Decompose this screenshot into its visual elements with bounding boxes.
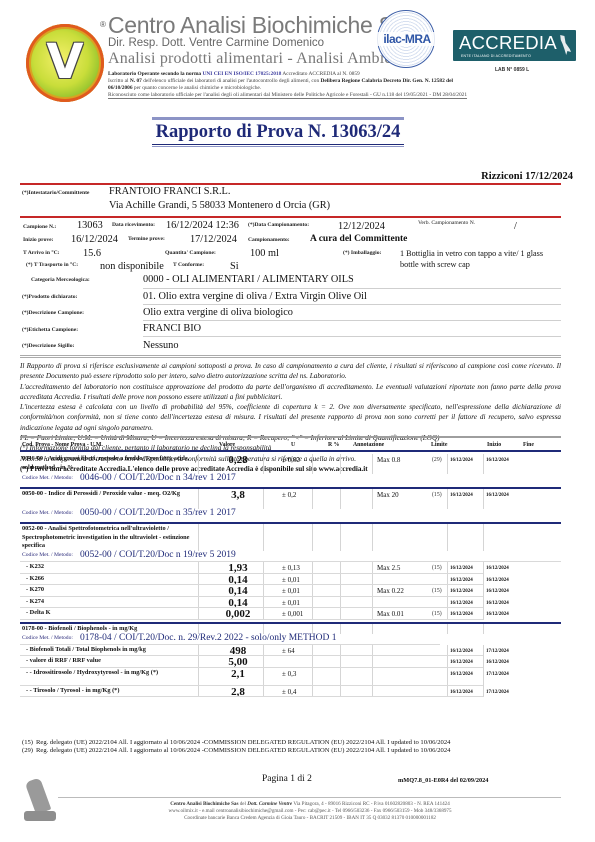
column-separator (483, 624, 484, 634)
table-header: Cod. Prova - Nome Prova - U.M. Valore U … (20, 436, 561, 452)
column-separator (447, 489, 448, 509)
test-name: 0046-00 - Acidi grassi liberi, metodo a … (22, 455, 194, 472)
footer-contacts: www.oilmix.it - e.mail centroanalisibioc… (60, 808, 560, 815)
divider (20, 216, 561, 218)
test-name: 0052-00 - Analisi Spettrofotometrica nel… (22, 525, 197, 551)
column-separator (483, 489, 484, 509)
subtest-name: - Delta K (26, 609, 198, 618)
test-end-date: 16/12/2024 (486, 458, 509, 463)
seal-description: Nessuno (143, 340, 178, 351)
footer-company: Centro Analisi Biochimiche Sas (170, 801, 238, 807)
test-end-date: 16/12/2024 (486, 660, 509, 665)
result-uncertainty: ± 0,01 (282, 576, 300, 584)
divider (58, 797, 561, 798)
sampling-date-label: (*)Data Campionamento: (248, 222, 309, 228)
column-separator (198, 668, 199, 686)
test-start-date: 16/12/2024 (450, 660, 473, 665)
col-r: R % (328, 442, 339, 448)
received-date-label: Data ricevimento: (112, 222, 155, 228)
column-separator (483, 686, 484, 698)
result-uncertainty: ± 64 (282, 647, 295, 655)
column-separator (312, 668, 313, 686)
subtest-name: - K270 (26, 586, 198, 595)
limit-reference: (15) (432, 611, 442, 617)
method-value: 0052-00 / COI/T.20/Doc n 19/rev 5 2019 (80, 550, 236, 560)
result-uncertainty: ± 0,02 (282, 456, 300, 464)
accr-line-2c: dell'elenco ufficiale dei laboratori di … (143, 78, 319, 84)
footer-bank: Coordinate bancarie Banca Credem Agenzia… (60, 815, 560, 822)
column-separator (340, 489, 341, 509)
note-key: (29) (22, 747, 36, 755)
accr-line-2d: Delibera Regione Calabria Decreto Dir. G… (321, 78, 454, 84)
note-text: Reg. delegato (UE) 2022/2104 All. I aggi… (36, 739, 450, 747)
test-start-date: 16/12/2024 (450, 458, 473, 463)
column-separator (263, 668, 264, 686)
column-separator (483, 668, 484, 686)
test-end-date: 16/12/2024 (486, 601, 509, 606)
subtest-name: - valore di RRF / RRF value (26, 657, 198, 666)
place-date: Rizziconi 17/12/2024 (481, 171, 573, 182)
test-end-date: 16/12/2024 (486, 578, 509, 583)
report-title-block: Rapporto di Prova N. 13063/24 (152, 117, 404, 147)
column-separator (372, 668, 373, 686)
note-key: (15) (22, 739, 36, 747)
col-inizio: Inizio (487, 442, 501, 448)
group-divider (20, 522, 561, 524)
accredia-logo: ACCREDIA ENTE ITALIANO DI ACCREDITAMENTO (453, 30, 576, 61)
client-address: Via Achille Grandi, 5 58033 Montenero d … (109, 200, 330, 211)
lab-logo: V (26, 24, 104, 102)
result-uncertainty: ± 0,3 (282, 670, 296, 678)
limit-reference: (29) (432, 457, 442, 463)
column-separator (263, 489, 264, 509)
test-name: 0050-00 - Indice di Perossidi / Peroxide… (22, 490, 194, 499)
column-separator (447, 524, 448, 551)
ilac-mra-logo: ilac-MRA (377, 10, 435, 68)
transport-temp-label: (*) T Trasporto in °C: (26, 262, 78, 268)
arrival-temp: 15.6 (83, 248, 101, 259)
column-separator (340, 624, 341, 634)
end-tests-label: Termine prove: (128, 236, 165, 242)
test-end-date: 16/12/2024 (486, 566, 509, 571)
subtest-name: - K266 (26, 575, 198, 584)
accredia-sub: ENTE ITALIANO DI ACCREDITAMENTO (461, 54, 531, 58)
seal-description-label: (*)Descrizione Sigillo: (22, 343, 74, 349)
arrival-temp-label: T Arrivo in °C: (23, 250, 59, 256)
declared-product: 01. Olio extra vergine di oliva / Extra … (143, 291, 367, 302)
test-start-date: 16/12/2024 (450, 589, 473, 594)
method-label: Codice Met. / Metodo: (22, 475, 73, 481)
subtest-name: - - Idrossitirosolo / Hydroxytyrosol - i… (26, 669, 198, 678)
packaging: 1 Bottiglia in vetro con tappo a vite/ 1… (400, 248, 560, 270)
quantity: 100 ml (250, 248, 279, 259)
client-name: FRANTOIO FRANCI S.R.L. (109, 186, 230, 197)
test-end-date: 16/12/2024 (486, 589, 509, 594)
end-tests: 17/12/2024 (190, 234, 237, 245)
sampling-report-label: Verb. Campionamento N. (418, 220, 475, 226)
column-separator (372, 489, 373, 509)
footer-del: del (240, 801, 246, 807)
page-number: Pagina 1 di 2 (262, 774, 312, 784)
column-separator (483, 524, 484, 551)
divider (20, 183, 561, 185)
column-separator (483, 597, 484, 609)
column-separator (483, 656, 484, 668)
sample-number: 13063 (77, 220, 103, 231)
column-separator (483, 645, 484, 657)
test-start-date: 16/12/2024 (450, 578, 473, 583)
test-end-date: 17/12/2024 (486, 690, 509, 695)
result-uncertainty: ± 0,13 (282, 564, 300, 572)
test-start-date: 16/12/2024 (450, 612, 473, 617)
result-limit: Max 0.01 (377, 610, 404, 618)
sampling-report-number: / (514, 221, 517, 232)
method-label: Codice Met. / Metodo: (22, 510, 73, 516)
ilac-label: ilac-MRA (372, 32, 442, 46)
result-limit: Max 2.5 (377, 564, 400, 572)
test-start-date: 16/12/2024 (450, 672, 473, 677)
group-divider (20, 622, 561, 624)
test-end-date: 17/12/2024 (486, 649, 509, 654)
accr-line-2b: N. 07 (130, 78, 142, 84)
test-start-date: 16/12/2024 (450, 649, 473, 654)
result-uncertainty: ± 0,2 (282, 491, 296, 499)
received-date: 16/12/2024 12:36 (166, 220, 239, 231)
column-separator (198, 524, 199, 551)
row-divider (20, 561, 561, 562)
note-item: (29)Reg. delegato (UE) 2022/2104 All. I … (22, 747, 552, 755)
column-separator (447, 668, 448, 686)
result-uncertainty: ± 0,001 (282, 610, 303, 618)
transport-temp: non disponibile (100, 261, 164, 272)
limit-reference: (15) (432, 588, 442, 594)
lab-name: Centro Analisi Biochimiche Sas (108, 12, 417, 39)
test-end-date: 17/12/2024 (486, 672, 509, 677)
caduceus-v-icon: V (26, 34, 104, 90)
sampling-date: 12/12/2024 (338, 221, 385, 232)
start-tests: 16/12/2024 (71, 234, 118, 245)
result-value: 0,28 (213, 454, 263, 466)
column-separator (340, 454, 341, 474)
result-limit: Max 0.22 (377, 587, 404, 595)
column-separator (340, 524, 341, 551)
accr-line-3a: 06/10/2006 (108, 85, 133, 91)
footer-address: Via Pitagora, 4 - 89016 Rizziconi RC - P… (293, 801, 449, 807)
subtest-name: - Biofenoli Totali / Total Biophenols in… (26, 646, 198, 655)
result-limit: Max 20 (377, 491, 399, 499)
col-valore: Valore (219, 442, 235, 448)
column-separator (312, 489, 313, 509)
sampling-method: A cura del Committente (310, 234, 407, 244)
test-start-date: 16/12/2024 (450, 690, 473, 695)
col-fine: Fine (523, 442, 534, 448)
category: 0000 - OLI ALIMENTARI / ALIMENTARY OILS (143, 274, 354, 285)
accr-line-3b: per quanto concerne le analisi chimiche … (134, 85, 261, 91)
column-separator (372, 624, 373, 634)
column-separator (483, 574, 484, 586)
registered-mark: ® (100, 20, 106, 29)
method-value: 0050-00 / COI/T.20/Doc n 35/rev 1 2017 (80, 508, 236, 518)
regulation-notes: (15)Reg. delegato (UE) 2022/2104 All. I … (22, 739, 552, 755)
col-annotazione: Annotazione (353, 442, 384, 448)
accr-line-1a: Laboratorio Operante secondo la norma (108, 71, 201, 77)
column-separator (483, 454, 484, 474)
column-separator (447, 454, 448, 474)
method-value: 0178-04 / COI/T.20/Doc. n. 29/Rev.2 2022… (80, 633, 336, 643)
sampling-label: Campionamento: (248, 237, 290, 243)
accr-line-2a: Iscritto al (108, 78, 129, 84)
result-uncertainty: ± 0,4 (282, 688, 296, 696)
method-label: Codice Met. / Metodo: (22, 635, 73, 641)
sample-number-label: Campione N.: (23, 224, 56, 230)
lab-director: Dir. Resp. Dott. Ventre Carmine Domenico (108, 37, 324, 49)
footer: Centro Analisi Biochimiche Sas del Dott.… (60, 801, 560, 821)
client-label: (*)Intestatario/Committente (22, 190, 89, 196)
test-start-date: 16/12/2024 (450, 493, 473, 498)
declared-product-label: (*)Prodotto dichiarato: (22, 294, 77, 300)
accr-line-1b: UNI CEI EN ISO/IEC 17025:2018 (203, 71, 282, 77)
sample-description: Olio extra vergine di oliva biologico (143, 307, 293, 318)
test-start-date: 16/12/2024 (450, 566, 473, 571)
accredia-label: ACCREDIA (459, 32, 557, 54)
disclaimer-p3: L'incertezza estesa è calcolata con un l… (20, 402, 561, 433)
test-end-date: 16/12/2024 (486, 493, 509, 498)
subtest-name: - - Tirosolo / Tyrosol - in mg/Kg (*) (26, 687, 198, 696)
microscope-icon (20, 771, 60, 831)
disclaimer-p1: Il Rapporto di prova si riferisce esclus… (20, 361, 561, 382)
column-separator (312, 454, 313, 474)
column-separator (483, 585, 484, 597)
result-limit: Max 0.8 (377, 456, 400, 464)
column-separator (198, 454, 199, 474)
footer-owner: Dott. Carmine Ventre (247, 801, 292, 807)
column-separator (483, 608, 484, 620)
test-end-date: 16/12/2024 (486, 612, 509, 617)
method-value: 0046-00 / COI/T.20/Doc n 34/rev 1 2017 (80, 473, 236, 483)
lab-subtitle: Analisi prodotti alimentari - Analisi Am… (108, 50, 421, 68)
column-separator (483, 562, 484, 574)
result-value: 2,1 (213, 668, 263, 680)
quantity-label: Quantita' Campione: (165, 250, 216, 256)
disclaimer-p2: L'accreditamento del laboratorio non cos… (20, 382, 561, 403)
row-divider (20, 619, 483, 620)
italy-map-icon (559, 35, 571, 55)
start-tests-label: Inizio prove: (23, 237, 54, 243)
group-divider (20, 487, 561, 489)
test-start-date: 16/12/2024 (450, 601, 473, 606)
note-item: (15)Reg. delegato (UE) 2022/2104 All. I … (22, 739, 552, 747)
method-label: Codice Met. / Metodo: (22, 552, 73, 558)
row-divider (20, 696, 483, 697)
sample-label-label: (*)Etichetta Campione: (22, 327, 78, 333)
sample-description-label: (*)Descrizione Campione: (22, 310, 84, 316)
subtest-name: - K232 (26, 563, 198, 572)
column-separator (263, 524, 264, 551)
accr-line-4: Riconosciuto come laboratorio ufficiale … (108, 92, 467, 99)
packaging-label: (*) Imballaggio: (343, 250, 381, 256)
result-uncertainty: ± 0,01 (282, 587, 300, 595)
lab-number: LAB N° 0859 L (495, 67, 529, 73)
column-separator (312, 524, 313, 551)
limit-reference: (15) (432, 565, 442, 571)
document-code: mMQ7.8_01-E0R4 del 02/09/2024 (398, 777, 488, 784)
column-separator (372, 454, 373, 474)
column-separator (372, 524, 373, 551)
result-value: 3,8 (213, 489, 263, 501)
results-table: Cod. Prova - Nome Prova - U.M. Valore U … (20, 436, 561, 452)
subtest-name: - K274 (26, 598, 198, 607)
divider (20, 355, 561, 358)
column-separator (447, 624, 448, 634)
category-label: Categoria Merceologica: (31, 277, 90, 283)
column-separator (340, 668, 341, 686)
col-limite: Limite (431, 442, 447, 448)
limit-reference: (15) (432, 492, 442, 498)
note-text: Reg. delegato (UE) 2022/2104 All. I aggi… (36, 747, 450, 755)
temp-compliant-label: T Conforme: (173, 262, 204, 268)
col-u: U (291, 442, 295, 448)
lab-accreditation-lines: Laboratorio Operante secondo la norma UN… (108, 71, 483, 99)
temp-compliant: Si (230, 261, 239, 272)
result-uncertainty: ± 0,01 (282, 599, 300, 607)
column-separator (263, 454, 264, 474)
sample-label: FRANCI BIO (143, 323, 201, 334)
accr-line-1c: Accreditato ACCREDIA al N. 0859 (282, 71, 359, 77)
report-title: Rapporto di Prova N. 13063/24 (152, 120, 404, 144)
col-name: Cod. Prova - Nome Prova - U.M. (22, 442, 103, 448)
column-separator (198, 489, 199, 509)
